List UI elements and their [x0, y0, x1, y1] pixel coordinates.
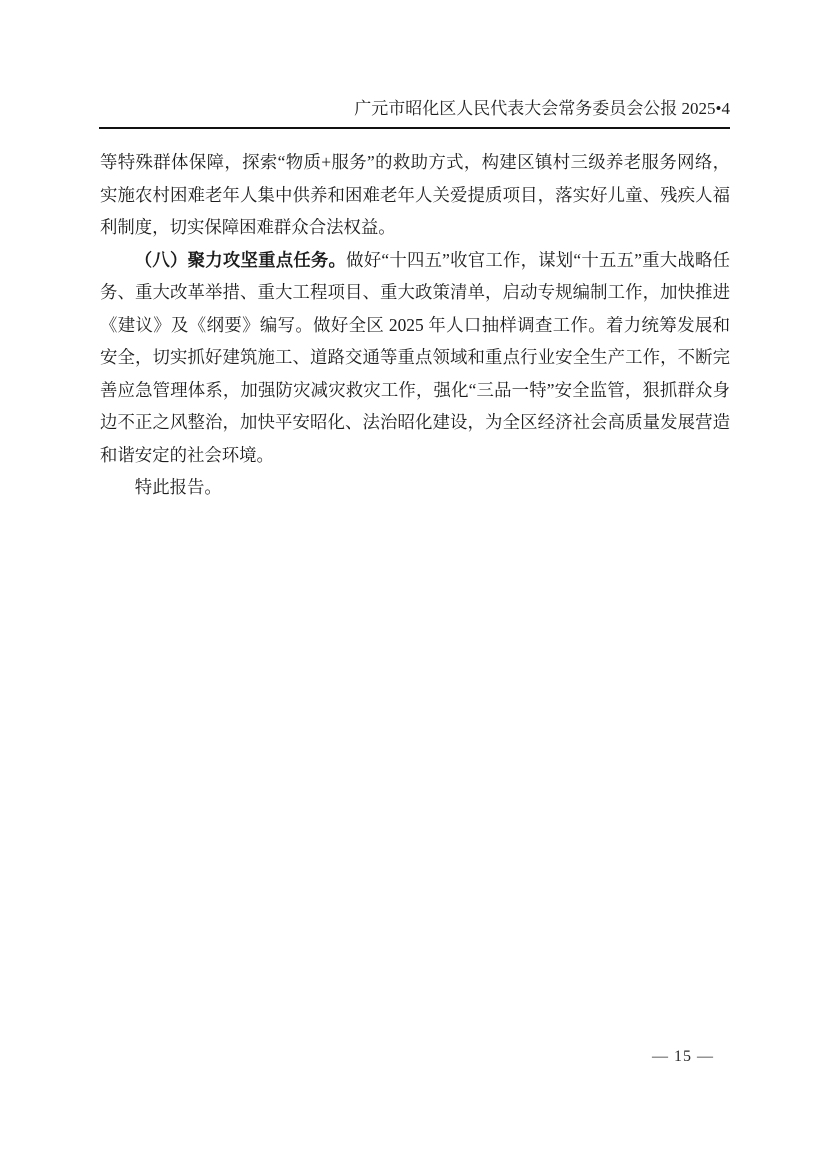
paragraph-text: 特此报告。 [135, 477, 222, 497]
page-number: — 15 — [652, 1048, 714, 1065]
page-footer: — 15 — [100, 1047, 714, 1067]
paragraph: 等特殊群体保障，探索“物质+服务”的救助方式，构建区镇村三级养老服务网络，实施农… [100, 146, 730, 244]
paragraph: （八）聚力攻坚重点任务。做好“十四五”收官工作，谋划“十五五”重大战略任务、重大… [100, 244, 730, 472]
header-title: 广元市昭化区人民代表大会常务委员会公报 2025•4 [354, 99, 730, 118]
document-page: 广元市昭化区人民代表大会常务委员会公报 2025•4 等特殊群体保障，探索“物质… [0, 0, 827, 1170]
paragraph-text: 做好“十四五”收官工作，谋划“十五五”重大战略任务、重大改革举措、重大工程项目、… [100, 250, 730, 465]
page-header: 广元市昭化区人民代表大会常务委员会公报 2025•4 [99, 98, 730, 129]
paragraph-text: 等特殊群体保障，探索“物质+服务”的救助方式，构建区镇村三级养老服务网络，实施农… [100, 152, 730, 237]
paragraph-lead: （八）聚力攻坚重点任务。 [135, 250, 346, 270]
document-body: 等特殊群体保障，探索“物质+服务”的救助方式，构建区镇村三级养老服务网络，实施农… [100, 146, 730, 504]
paragraph: 特此报告。 [100, 471, 730, 504]
